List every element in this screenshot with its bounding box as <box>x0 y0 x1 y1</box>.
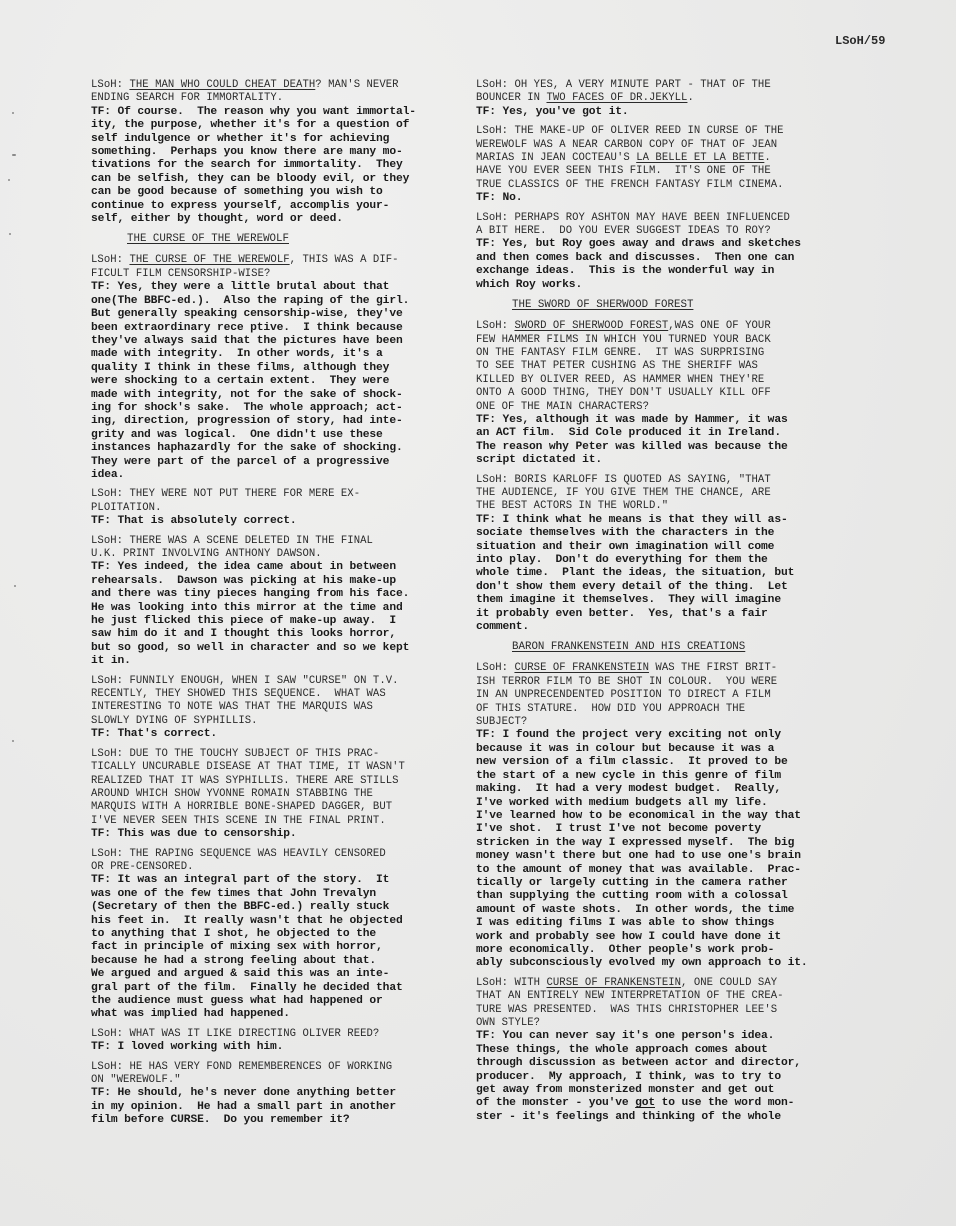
interviewee-answer: TF: Yes, although it was made by Hammer,… <box>476 414 836 468</box>
answer-line: situation and their own imagination will… <box>476 541 836 554</box>
answer-line: made with integrity, not for the sake of… <box>91 389 451 402</box>
answer-line: TF: Of course. The reason why you want i… <box>91 106 451 119</box>
answer-line: script dictated it. <box>476 454 836 467</box>
left-column: LSoH: THE MAN WHO COULD CHEAT DEATH? MAN… <box>91 79 451 1134</box>
interviewee-answer: TF: This was due to censorship. <box>91 828 451 841</box>
answer-line: self indulgence or whether it's for achi… <box>91 133 451 146</box>
answer-line: film before CURSE. Do you remember it? <box>91 1114 451 1127</box>
interviewee-answer: TF: I found the project very exciting no… <box>476 729 836 970</box>
interviewee-answer: TF: Yes, they were a little brutal about… <box>91 281 451 482</box>
section-heading: THE CURSE OF THE WEREWOLF <box>127 232 451 246</box>
question-line: OR PRE-CENSORED. <box>91 861 451 874</box>
answer-line: tically or largely cutting in the camera… <box>476 877 836 890</box>
answer-line: don't show them every detail of the thin… <box>476 581 836 594</box>
answer-line: These things, the whole approach comes a… <box>476 1044 836 1057</box>
question-line: LSoH: THE RAPING SEQUENCE WAS HEAVILY CE… <box>91 848 451 861</box>
question-line: IN AN UNPRECENDENTED POSITION TO DIRECT … <box>476 689 836 702</box>
answer-line: to the amount of money that was availabl… <box>476 864 836 877</box>
section-heading-text: THE CURSE OF THE WEREWOLF <box>127 233 289 245</box>
interview-exchange: LSoH: PERHAPS ROY ASHTON MAY HAVE BEEN I… <box>476 212 836 292</box>
question-line: LSoH: PERHAPS ROY ASHTON MAY HAVE BEEN I… <box>476 212 836 225</box>
answer-line: quality I think in these films, although… <box>91 362 451 375</box>
section-heading-text: BARON FRANKENSTEIN AND HIS CREATIONS <box>512 641 745 653</box>
answer-line: ity, the purpose, whether it's for a que… <box>91 119 451 132</box>
answer-line: because it was in colour but because it … <box>476 743 836 756</box>
interview-exchange: LSoH: DUE TO THE TOUCHY SUBJECT OF THIS … <box>91 748 451 842</box>
interviewee-answer: TF: I loved working with him. <box>91 1041 451 1054</box>
answer-line: can be good because of something you wis… <box>91 186 451 199</box>
answer-line: fact in principle of mixing sex with hor… <box>91 941 451 954</box>
question-line: FICULT FILM CENSORSHIP-WISE? <box>91 268 451 281</box>
answer-line: amount of waste shots. In other words, t… <box>476 904 836 917</box>
question-line: BOUNCER IN TWO FACES OF DR.JEKYLL. <box>476 92 836 105</box>
question-line: LSoH: BORIS KARLOFF IS QUOTED AS SAYING,… <box>476 474 836 487</box>
interviewee-answer: TF: Yes indeed, the idea came about in b… <box>91 561 451 668</box>
section-heading: BARON FRANKENSTEIN AND HIS CREATIONS <box>512 640 836 654</box>
scan-speck <box>12 740 14 742</box>
answer-line: continue to express yourself, accomplis … <box>91 200 451 213</box>
answer-line: to anything that I shot, he objected to … <box>91 928 451 941</box>
answer-line: because he had a strong feeling about th… <box>91 955 451 968</box>
answer-line: was one of the few times that John Treva… <box>91 888 451 901</box>
interview-exchange: LSoH: THEY WERE NOT PUT THERE FOR MERE E… <box>91 488 451 528</box>
answer-line: whole time. Plant the ideas, the situati… <box>476 567 836 580</box>
answer-line: and there was tiny pieces hanging from h… <box>91 588 451 601</box>
interviewer-question: LSoH: THE RAPING SEQUENCE WAS HEAVILY CE… <box>91 848 451 875</box>
answer-line: work and probably see how I could have d… <box>476 931 836 944</box>
interviewer-question: LSoH: DUE TO THE TOUCHY SUBJECT OF THIS … <box>91 748 451 828</box>
answer-line: TF: You can never say it's one person's … <box>476 1030 836 1043</box>
answer-line: the audience must guess what had happene… <box>91 995 451 1008</box>
interviewer-question: LSoH: THEY WERE NOT PUT THERE FOR MERE E… <box>91 488 451 515</box>
question-line: LSoH: OH YES, A VERY MINUTE PART - THAT … <box>476 79 836 92</box>
question-line: TRUE CLASSICS OF THE FRENCH FANTASY FILM… <box>476 179 836 192</box>
question-line: LSoH: DUE TO THE TOUCHY SUBJECT OF THIS … <box>91 748 451 761</box>
interview-exchange: LSoH: WHAT WAS IT LIKE DIRECTING OLIVER … <box>91 1028 451 1055</box>
question-line: SUBJECT? <box>476 716 836 729</box>
question-line: LSoH: THE CURSE OF THE WEREWOLF, THIS WA… <box>91 254 451 267</box>
answer-line: I've worked with medium budgets all my l… <box>476 797 836 810</box>
answer-line: he just flicked this piece of make-up aw… <box>91 615 451 628</box>
interviewee-answer: TF: He should, he's never done anything … <box>91 1087 451 1127</box>
answer-line: new version of a film classic. It proved… <box>476 756 836 769</box>
interviewer-question: LSoH: BORIS KARLOFF IS QUOTED AS SAYING,… <box>476 474 836 514</box>
interview-exchange: LSoH: CURSE OF FRANKENSTEIN WAS THE FIRS… <box>476 662 836 970</box>
interview-exchange: LSoH: THE CURSE OF THE WEREWOLF, THIS WA… <box>91 254 451 482</box>
question-line: ON "WEREWOLF." <box>91 1074 451 1087</box>
interview-exchange: LSoH: BORIS KARLOFF IS QUOTED AS SAYING,… <box>476 474 836 635</box>
interview-exchange: LSoH: THE MAN WHO COULD CHEAT DEATH? MAN… <box>91 79 451 226</box>
question-line: TURE WAS PRESENTED. WAS THIS CHRISTOPHER… <box>476 1004 836 1017</box>
interviewee-answer: TF: That is absolutely correct. <box>91 515 451 528</box>
question-line: LSoH: SWORD OF SHERWOOD FOREST,WAS ONE O… <box>476 320 836 333</box>
question-line: KILLED BY OLIVER REED, AS HAMMER WHEN TH… <box>476 374 836 387</box>
question-line: TICALLY UNCURABLE DISEASE AT THAT TIME, … <box>91 761 451 774</box>
answer-line: something. Perhaps you know there are ma… <box>91 146 451 159</box>
interviewer-question: LSoH: CURSE OF FRANKENSTEIN WAS THE FIRS… <box>476 662 836 729</box>
answer-line: were shocking to a certain extent. They … <box>91 375 451 388</box>
answer-line: They were part of the parcel of a progre… <box>91 456 451 469</box>
interviewee-answer: TF: I think what he means is that they w… <box>476 514 836 635</box>
answer-line: ing, direction, progression of story, ha… <box>91 415 451 428</box>
answer-line: TF: That is absolutely correct. <box>91 515 451 528</box>
answer-line: self, either by thought, word or deed. <box>91 213 451 226</box>
answer-line: TF: It was an integral part of the story… <box>91 874 451 887</box>
question-line: LSoH: THERE WAS A SCENE DELETED IN THE F… <box>91 535 451 548</box>
answer-line: but so good, so well in character and so… <box>91 642 451 655</box>
answer-line: rehearsals. Dawson was picking at his ma… <box>91 575 451 588</box>
scan-speck <box>9 233 11 235</box>
answer-line: which Roy works. <box>476 279 836 292</box>
question-line: LSoH: THEY WERE NOT PUT THERE FOR MERE E… <box>91 488 451 501</box>
answer-line: The reason why Peter was killed was beca… <box>476 441 836 454</box>
question-line: THAT AN ENTIRELY NEW INTERPRETATION OF T… <box>476 990 836 1003</box>
answer-line: idea. <box>91 469 451 482</box>
question-line: HAVE YOU EVER SEEN THIS FILM. IT'S ONE O… <box>476 165 836 178</box>
interviewee-answer: TF: It was an integral part of the story… <box>91 874 451 1021</box>
interview-exchange: LSoH: THE MAKE-UP OF OLIVER REED IN CURS… <box>476 125 836 205</box>
interviewer-question: LSoH: THE CURSE OF THE WEREWOLF, THIS WA… <box>91 254 451 281</box>
question-line: PLOITATION. <box>91 502 451 515</box>
interviewer-question: LSoH: PERHAPS ROY ASHTON MAY HAVE BEEN I… <box>476 212 836 239</box>
question-line: ONTO A GOOD THING, THEY DON'T USUALLY KI… <box>476 387 836 400</box>
question-line: A BIT HERE. DO YOU EVER SUGGEST IDEAS TO… <box>476 225 836 238</box>
answer-line: I was editing films I was able to show t… <box>476 917 836 930</box>
answer-line: TF: Yes indeed, the idea came about in b… <box>91 561 451 574</box>
section-heading: THE SWORD OF SHERWOOD FOREST <box>512 298 836 312</box>
scan-speck <box>12 112 14 114</box>
answer-line: TF: No. <box>476 192 836 205</box>
question-line: LSoH: FUNNILY ENOUGH, WHEN I SAW "CURSE"… <box>91 675 451 688</box>
answer-line: TF: That's correct. <box>91 728 451 741</box>
question-line: RECENTLY, THEY SHOWED THIS SEQUENCE. WHA… <box>91 688 451 701</box>
answer-line: TF: Yes, although it was made by Hammer,… <box>476 414 836 427</box>
answer-line: and then comes back and discusses. Then … <box>476 252 836 265</box>
interview-exchange: LSoH: THE RAPING SEQUENCE WAS HEAVILY CE… <box>91 848 451 1022</box>
scan-speck <box>12 154 16 156</box>
answer-line: it in. <box>91 655 451 668</box>
question-line: SLOWLY DYING OF SYPHILLIS. <box>91 715 451 728</box>
answer-line: He was looking into this mirror at the t… <box>91 602 451 615</box>
question-line: INTERESTING TO NOTE WAS THAT THE MARQUIS… <box>91 701 451 714</box>
answer-line: (Secretary of then the BBFC-ed.) really … <box>91 901 451 914</box>
interviewer-question: LSoH: THE MAN WHO COULD CHEAT DEATH? MAN… <box>91 79 451 106</box>
answer-line: We argued and argued & said this was an … <box>91 968 451 981</box>
question-line: I'VE NEVER SEEN THIS SCENE IN THE FINAL … <box>91 815 451 828</box>
interviewee-answer: TF: Yes, you've got it. <box>476 106 836 119</box>
answer-line: an ACT film. Sid Cole produced it in Ire… <box>476 427 836 440</box>
interviewee-answer: TF: Yes, but Roy goes away and draws and… <box>476 238 836 292</box>
interviewer-question: LSoH: SWORD OF SHERWOOD FOREST,WAS ONE O… <box>476 320 836 414</box>
answer-line: get away from monsterized monster and ge… <box>476 1084 836 1097</box>
question-line: LSoH: WHAT WAS IT LIKE DIRECTING OLIVER … <box>91 1028 451 1041</box>
question-line: LSoH: CURSE OF FRANKENSTEIN WAS THE FIRS… <box>476 662 836 675</box>
question-line: AROUND WHICH SHOW YVONNE ROMAIN STABBING… <box>91 788 451 801</box>
answer-line: But generally speaking censorship-wise, … <box>91 308 451 321</box>
interview-exchange: LSoH: WITH CURSE OF FRANKENSTEIN, ONE CO… <box>476 977 836 1124</box>
interviewer-question: LSoH: WITH CURSE OF FRANKENSTEIN, ONE CO… <box>476 977 836 1031</box>
answer-line: TF: I found the project very exciting no… <box>476 729 836 742</box>
interviewer-question: LSoH: OH YES, A VERY MINUTE PART - THAT … <box>476 79 836 106</box>
interview-exchange: LSoH: OH YES, A VERY MINUTE PART - THAT … <box>476 79 836 119</box>
question-line: MARIAS IN JEAN COCTEAU'S LA BELLE ET LA … <box>476 152 836 165</box>
question-line: LSoH: THE MAKE-UP OF OLIVER REED IN CURS… <box>476 125 836 138</box>
answer-line: TF: Yes, but Roy goes away and draws and… <box>476 238 836 251</box>
question-line: WEREWOLF WAS A NEAR CARBON COPY OF THAT … <box>476 139 836 152</box>
answer-line: than supplying the cutting room with a c… <box>476 890 836 903</box>
question-line: MARQUIS WITH A HORRIBLE BONE-SHAPED DAGG… <box>91 801 451 814</box>
answer-line: more economically. Other people's work p… <box>476 944 836 957</box>
answer-line: I've learned how to be economical in the… <box>476 810 836 823</box>
right-column: LSoH: OH YES, A VERY MINUTE PART - THAT … <box>476 79 836 1130</box>
interviewer-question: LSoH: THE MAKE-UP OF OLIVER REED IN CURS… <box>476 125 836 192</box>
interviewer-question: LSoH: THERE WAS A SCENE DELETED IN THE F… <box>91 535 451 562</box>
answer-line: TF: This was due to censorship. <box>91 828 451 841</box>
answer-line: TF: Yes, they were a little brutal about… <box>91 281 451 294</box>
answer-line: TF: He should, he's never done anything … <box>91 1087 451 1100</box>
interviewer-question: LSoH: FUNNILY ENOUGH, WHEN I SAW "CURSE"… <box>91 675 451 729</box>
scan-speck <box>14 585 16 587</box>
answer-line: in my opinion. He had a small part in an… <box>91 1101 451 1114</box>
answer-line: exchange ideas. This is the wonderful wa… <box>476 265 836 278</box>
question-line: FEW HAMMER FILMS IN WHICH YOU TURNED YOU… <box>476 334 836 347</box>
question-line: U.K. PRINT INVOLVING ANTHONY DAWSON. <box>91 548 451 561</box>
answer-line: it probably even better. Yes, that's a f… <box>476 608 836 621</box>
answer-line: them imagine it themselves. They will im… <box>476 594 836 607</box>
answer-line: TF: I loved working with him. <box>91 1041 451 1054</box>
section-heading-text: THE SWORD OF SHERWOOD FOREST <box>512 299 693 311</box>
answer-line: instances haphazardly for the sake of sh… <box>91 442 451 455</box>
page-number: LSoH/59 <box>835 34 885 48</box>
answer-line: saw him do it and I thought this looks h… <box>91 628 451 641</box>
answer-line: one(The BBFC-ed.). Also the raping of th… <box>91 295 451 308</box>
answer-line: into play. Don't do everything for them … <box>476 554 836 567</box>
interview-exchange: LSoH: SWORD OF SHERWOOD FOREST,WAS ONE O… <box>476 320 836 467</box>
question-line: ONE OF THE MAIN CHARACTERS? <box>476 401 836 414</box>
answer-line: been extraordinary rece ptive. I think b… <box>91 322 451 335</box>
question-line: LSoH: HE HAS VERY FOND REMEMBERENCES OF … <box>91 1061 451 1074</box>
interviewee-answer: TF: No. <box>476 192 836 205</box>
answer-line: through discussion as between actor and … <box>476 1057 836 1070</box>
answer-line: tivations for the search for immortality… <box>91 159 451 172</box>
interviewee-answer: TF: You can never say it's one person's … <box>476 1030 836 1124</box>
interviewee-answer: TF: Of course. The reason why you want i… <box>91 106 451 227</box>
interviewer-question: LSoH: WHAT WAS IT LIKE DIRECTING OLIVER … <box>91 1028 451 1041</box>
question-line: THE BEST ACTORS IN THE WORLD." <box>476 500 836 513</box>
answer-line: producer. My approach, I think, was to t… <box>476 1071 836 1084</box>
interviewee-answer: TF: That's correct. <box>91 728 451 741</box>
answer-line: TF: Yes, you've got it. <box>476 106 836 119</box>
question-line: ENDING SEARCH FOR IMMORTALITY. <box>91 92 451 105</box>
question-line: LSoH: THE MAN WHO COULD CHEAT DEATH? MAN… <box>91 79 451 92</box>
question-line: ON THE FANTASY FILM GENRE. IT WAS SURPRI… <box>476 347 836 360</box>
answer-line: money wasn't there but one had to use on… <box>476 850 836 863</box>
scan-speck <box>8 179 10 181</box>
answer-line: the start of a new cycle in this genre o… <box>476 770 836 783</box>
interview-exchange: LSoH: FUNNILY ENOUGH, WHEN I SAW "CURSE"… <box>91 675 451 742</box>
question-line: THE AUDIENCE, IF YOU GIVE THEM THE CHANC… <box>476 487 836 500</box>
answer-line: ably subconsciously evolved my own appro… <box>476 957 836 970</box>
answer-line: made with integrity. In other words, it'… <box>91 348 451 361</box>
answer-line: ster - it's feelings and thinking of the… <box>476 1111 836 1124</box>
interview-exchange: LSoH: THERE WAS A SCENE DELETED IN THE F… <box>91 535 451 669</box>
answer-line: his feet in. It really wasn't that he ob… <box>91 915 451 928</box>
question-line: LSoH: WITH CURSE OF FRANKENSTEIN, ONE CO… <box>476 977 836 990</box>
question-line: TO SEE THAT PETER CUSHING AS THE SHERIFF… <box>476 360 836 373</box>
answer-line: comment. <box>476 621 836 634</box>
answer-line: grity and was logical. One didn't use th… <box>91 429 451 442</box>
answer-line: making. It had a very modest budget. Rea… <box>476 783 836 796</box>
answer-line: what was implied had happened. <box>91 1008 451 1021</box>
question-line: REALIZED THAT IT WAS SYPHILLIS. THERE AR… <box>91 775 451 788</box>
answer-line: stricken in the way I expressed myself. … <box>476 837 836 850</box>
answer-line: of the monster - you've got to use the w… <box>476 1097 836 1110</box>
interviewer-question: LSoH: HE HAS VERY FOND REMEMBERENCES OF … <box>91 1061 451 1088</box>
answer-line: gral part of the film. Finally he decide… <box>91 982 451 995</box>
answer-line: sociate themselves with the characters i… <box>476 527 836 540</box>
answer-line: I've shot. I trust I've not become pover… <box>476 823 836 836</box>
question-line: OWN STYLE? <box>476 1017 836 1030</box>
answer-line: ing for shock's sake. The whole approach… <box>91 402 451 415</box>
answer-line: can be selfish, they can be bloody evil,… <box>91 173 451 186</box>
interview-exchange: LSoH: HE HAS VERY FOND REMEMBERENCES OF … <box>91 1061 451 1128</box>
answer-line: TF: I think what he means is that they w… <box>476 514 836 527</box>
question-line: ISH TERROR FILM TO BE SHOT IN COLOUR. YO… <box>476 676 836 689</box>
question-line: OF THIS STATURE. HOW DID YOU APPROACH TH… <box>476 703 836 716</box>
answer-line: they've always said that the pictures ha… <box>91 335 451 348</box>
